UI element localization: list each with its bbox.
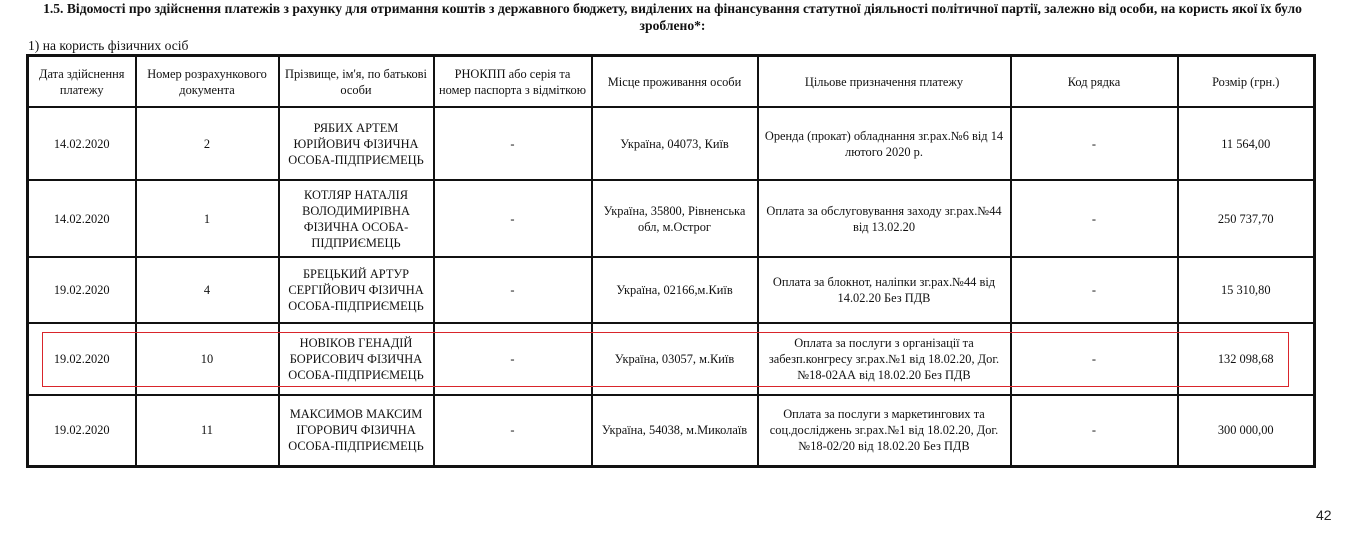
cell-date: 14.02.2020	[28, 107, 136, 180]
cell-purpose: Оплата за послуги з маркетингових та соц…	[758, 395, 1011, 466]
cell-residence: Україна, 54038, м.Миколаїв	[592, 395, 758, 466]
header-name: Прізвище, ім'я, по батькові особи	[279, 56, 434, 108]
cell-date: 19.02.2020	[28, 395, 136, 466]
cell-residence: Україна, 02166,м.Київ	[592, 257, 758, 323]
section-title: 1.5. Відомості про здійснення платежів з…	[20, 0, 1325, 34]
cell-amount: 250 737,70	[1178, 180, 1315, 257]
table-row: 14.02.2020 1 КОТЛЯР НАТАЛІЯ ВОЛОДИМИРІВН…	[28, 180, 1315, 257]
subsection-label: 1) на користь фізичних осіб	[28, 37, 188, 54]
cell-doc-number: 11	[136, 395, 279, 466]
cell-amount: 132 098,68	[1178, 323, 1315, 395]
cell-amount: 15 310,80	[1178, 257, 1315, 323]
cell-name: БРЕЦЬКИЙ АРТУР СЕРГІЙОВИЧ ФІЗИЧНА ОСОБА-…	[279, 257, 434, 323]
table-header-row: Дата здійснення платежу Номер розрахунко…	[28, 56, 1315, 108]
cell-line-code: -	[1011, 395, 1178, 466]
cell-purpose: Оренда (прокат) обладнання зг.рах.№6 від…	[758, 107, 1011, 180]
header-residence: Місце проживання особи	[592, 56, 758, 108]
cell-tax-id: -	[434, 395, 592, 466]
page-number: 42	[1316, 507, 1332, 523]
cell-doc-number: 4	[136, 257, 279, 323]
cell-name: НОВІКОВ ГЕНАДІЙ БОРИСОВИЧ ФІЗИЧНА ОСОБА-…	[279, 323, 434, 395]
header-purpose: Цільове призначення платежу	[758, 56, 1011, 108]
cell-amount: 11 564,00	[1178, 107, 1315, 180]
cell-purpose: Оплата за блокнот, наліпки зг.рах.№44 ві…	[758, 257, 1011, 323]
cell-date: 14.02.2020	[28, 180, 136, 257]
cell-name: КОТЛЯР НАТАЛІЯ ВОЛОДИМИРІВНА ФІЗИЧНА ОСО…	[279, 180, 434, 257]
cell-tax-id: -	[434, 323, 592, 395]
table-row: 14.02.2020 2 РЯБИХ АРТЕМ ЮРІЙОВИЧ ФІЗИЧН…	[28, 107, 1315, 180]
header-line-code: Код рядка	[1011, 56, 1178, 108]
cell-residence: Україна, 35800, Рівненська обл, м.Острог	[592, 180, 758, 257]
cell-line-code: -	[1011, 323, 1178, 395]
cell-line-code: -	[1011, 180, 1178, 257]
cell-residence: Україна, 04073, Київ	[592, 107, 758, 180]
cell-doc-number: 10	[136, 323, 279, 395]
header-date: Дата здійснення платежу	[28, 56, 136, 108]
cell-amount: 300 000,00	[1178, 395, 1315, 466]
payments-table: Дата здійснення платежу Номер розрахунко…	[26, 54, 1316, 468]
cell-name: РЯБИХ АРТЕМ ЮРІЙОВИЧ ФІЗИЧНА ОСОБА-ПІДПР…	[279, 107, 434, 180]
table-row: 19.02.2020 4 БРЕЦЬКИЙ АРТУР СЕРГІЙОВИЧ Ф…	[28, 257, 1315, 323]
table-row-highlighted: 19.02.2020 10 НОВІКОВ ГЕНАДІЙ БОРИСОВИЧ …	[28, 323, 1315, 395]
cell-purpose: Оплата за послуги з організації та забез…	[758, 323, 1011, 395]
cell-name: МАКСИМОВ МАКСИМ ІГОРОВИЧ ФІЗИЧНА ОСОБА-П…	[279, 395, 434, 466]
cell-tax-id: -	[434, 180, 592, 257]
cell-purpose: Оплата за обслуговування заходу зг.рах.№…	[758, 180, 1011, 257]
cell-line-code: -	[1011, 107, 1178, 180]
cell-residence: Україна, 03057, м.Київ	[592, 323, 758, 395]
table-row: 19.02.2020 11 МАКСИМОВ МАКСИМ ІГОРОВИЧ Ф…	[28, 395, 1315, 466]
cell-date: 19.02.2020	[28, 257, 136, 323]
cell-tax-id: -	[434, 107, 592, 180]
cell-line-code: -	[1011, 257, 1178, 323]
header-tax-id: РНОКПП або серія та номер паспорта з від…	[434, 56, 592, 108]
cell-date: 19.02.2020	[28, 323, 136, 395]
header-amount: Розмір (грн.)	[1178, 56, 1315, 108]
cell-doc-number: 2	[136, 107, 279, 180]
header-doc-number: Номер розрахункового документа	[136, 56, 279, 108]
cell-doc-number: 1	[136, 180, 279, 257]
cell-tax-id: -	[434, 257, 592, 323]
